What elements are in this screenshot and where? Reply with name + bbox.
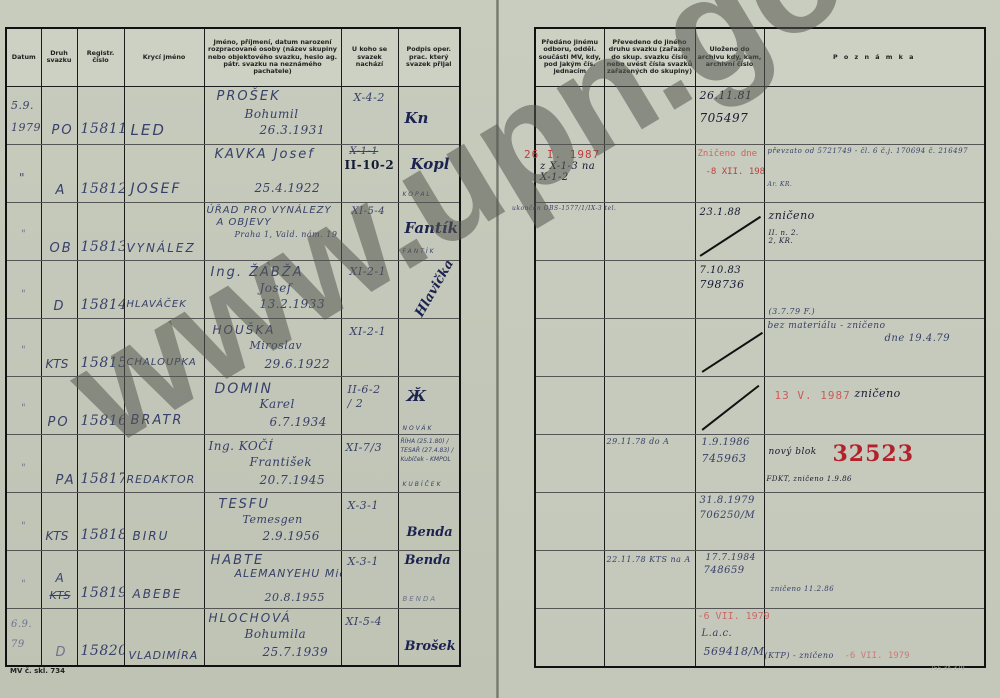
- row-signature: Benda: [405, 553, 451, 568]
- row-druh: D: [54, 299, 66, 314]
- row-given-name: Bohumila: [245, 627, 307, 641]
- row-address: Praha 1, Vald. nám. 19: [235, 230, 338, 239]
- row-reg-cislo: 15811: [81, 121, 125, 137]
- left-register-table: Datum Druh svazku Registr. číslo Krycí j…: [5, 27, 461, 667]
- transfer-date-stamp: 26 I. 1987: [524, 148, 600, 161]
- note-text: zničeno: [769, 209, 815, 222]
- row-reg-cislo: 15818: [81, 527, 125, 543]
- row-signer-name: BENDA: [403, 595, 438, 603]
- row-surname: HABTE: [211, 553, 265, 568]
- row-kryci-jmeno: LED: [131, 121, 166, 139]
- row-given-name: Karel: [260, 397, 295, 411]
- note-text-2: FDKT, zničeno 1.9.86: [767, 475, 853, 483]
- table-row: " OB 15813 VYNÁLEZ ÚŘAD PRO VYNÁLEZY A O…: [6, 202, 460, 260]
- row-surname: PROŠEK: [217, 89, 281, 104]
- archive-number: 798736: [700, 278, 745, 291]
- row-birth-date: 6.7.1934: [270, 415, 327, 429]
- row-birth-date: 26.3.1931: [260, 123, 326, 137]
- row-signature: Fantík: [405, 219, 458, 237]
- row-signature: Hlavička: [412, 260, 457, 318]
- row-signature: Benda: [407, 525, 453, 540]
- row-u-koho-struck: X-1-1: [350, 146, 379, 157]
- row-druh: D: [56, 645, 68, 660]
- row-given-name: ALEMANYEHU Michael: [235, 567, 342, 580]
- row-datum: ": [19, 171, 25, 185]
- archive-date: 31.8.1979: [700, 495, 755, 506]
- note-text-2: Ar. KR.: [768, 181, 793, 188]
- row-datum: ": [21, 579, 26, 590]
- row-kryci-jmeno: BRATR: [131, 413, 184, 428]
- right-register-table: Předáno jinému odboru, odděl. součásti M…: [534, 27, 986, 668]
- archive-number: 705497: [700, 111, 749, 125]
- archive-date: 17.7.1984: [706, 553, 756, 563]
- header-jmeno-osoby: Jméno, příjmení, datum narození rozpraco…: [204, 28, 341, 86]
- row-kryci-jmeno: HLAVÁČEK: [127, 299, 187, 310]
- row-u-koho: X-3-1: [348, 499, 379, 512]
- row-surname: Ing. ŽABŽA: [211, 265, 304, 280]
- table-row: 13 V. 1987 zničeno: [535, 376, 985, 434]
- note-text-2: II. n. 2. 2, KR.: [769, 229, 809, 245]
- row-given-name: Bohumil: [245, 107, 299, 121]
- conversion-note: 22.11.78 KTS na A: [607, 555, 691, 564]
- table-row: 6.9. 79 D 15820 VLADIMÍRA HLOCHOVÁ Bohum…: [6, 608, 460, 666]
- table-row: " D 15814 HLAVÁČEK Ing. ŽABŽA Josef 13.2…: [6, 260, 460, 318]
- archive-date-stamp: -6 VII. 1979: [698, 611, 770, 622]
- archive-number: 745963: [702, 452, 747, 465]
- table-row: 5.9. 1979 PO 15811 LED PROŠEK Bohumil 26…: [6, 86, 460, 144]
- table-row: " A 15812 JOSEF KAVKA Josef 25.4.1922 X-…: [6, 144, 460, 202]
- archive-number: 706250/M: [700, 510, 756, 521]
- row-reg-cislo: 15812: [81, 181, 125, 197]
- note-text: (KTP) - zničeno: [765, 651, 834, 660]
- row-birth-date: 20.7.1945: [260, 473, 326, 487]
- row-datum: ": [21, 289, 26, 300]
- row-signer-name: FANTÍK: [403, 248, 436, 255]
- row-surname: KAVKA Josef: [215, 147, 315, 162]
- row-druh: KTS: [46, 357, 69, 371]
- form-code: MV č. skl. 734: [10, 667, 65, 675]
- row-datum: ": [21, 403, 26, 414]
- header-u-koho: U koho se svazek nachází: [341, 28, 398, 86]
- row-datum: ": [21, 521, 26, 532]
- row-u-koho: XI-2-1: [350, 325, 387, 338]
- table-row: " PO 15816 BRATR DOMIN Karel 6.7.1934 II…: [6, 376, 460, 434]
- strike-slash: [699, 215, 760, 255]
- right-header-row: Předáno jinému odboru, odděl. součásti M…: [535, 28, 985, 86]
- row-birth-date: 25.4.1922: [255, 181, 321, 195]
- row-kryci-jmeno: VYNÁLEZ: [127, 241, 196, 255]
- row-signer-name: KUBÍČEK: [403, 481, 443, 488]
- row-datum: ": [21, 463, 26, 474]
- row-reg-cislo: 15813: [81, 239, 125, 255]
- archive-date: 23.1.88: [700, 207, 742, 218]
- row-surname: HOUŠKA: [213, 323, 276, 337]
- row-given-name: Temesgen: [243, 513, 303, 526]
- row-given-name: A OBJEVY: [217, 217, 272, 228]
- row-kryci-jmeno: REDAKTOR: [127, 473, 196, 486]
- table-row: ukončen OBS-1577/1/IX-3 tel. 23.1.88 zni…: [535, 202, 985, 260]
- row-reg-cislo: 15820: [81, 643, 125, 659]
- row-u-koho: II-6-2 / 2: [348, 383, 388, 411]
- row-birth-date: 25.7.1939: [263, 645, 329, 659]
- table-row: " PA 15817 REDAKTOR Ing. KOČÍ František …: [6, 434, 460, 492]
- transfer-note: ukončen OBS-1577/1/IX-3 tel.: [512, 205, 616, 212]
- transfer-note: z X-1-3 na X-1-2: [540, 161, 602, 183]
- row-u-koho: XI-5-4: [352, 206, 386, 217]
- row-birth-date: 20.8.1955: [265, 591, 325, 604]
- note-text: nový blok: [769, 447, 817, 457]
- header-predano: Předáno jinému odboru, odděl. součásti M…: [535, 28, 604, 86]
- destroyed-date-stamp: 13 V. 1987: [775, 389, 851, 402]
- note-text: zničeno 11.2.86: [771, 585, 835, 593]
- header-registr-cislo: Registr. číslo: [77, 28, 124, 86]
- faint-print-code: 755 3A 379: [930, 665, 965, 672]
- destroyed-stamp: Zničeno dne: [698, 149, 758, 159]
- row-given-name: Miroslav: [250, 339, 303, 352]
- header-poznamka: P o z n á m k a: [764, 28, 985, 86]
- row-druh: PO: [52, 123, 74, 138]
- row-surname: HLOCHOVÁ: [209, 611, 292, 625]
- left-page: Datum Druh svazku Registr. číslo Krycí j…: [0, 0, 497, 698]
- row-signature: Kn: [405, 109, 429, 127]
- row-druh: OB: [50, 241, 73, 256]
- row-birth-date: 29.6.1922: [265, 357, 331, 371]
- row-surname: ÚŘAD PRO VYNÁLEZY: [207, 205, 332, 216]
- row-u-koho: X-4-2: [354, 91, 385, 104]
- conversion-note: 29.11.78 do A: [607, 437, 670, 446]
- destroyed-date-stamp: -6 VII. 1979: [845, 651, 910, 661]
- table-row: 31.8.1979 706250/M: [535, 492, 985, 550]
- destroyed-date-stamp: -8 XII. 1989: [706, 167, 765, 177]
- row-u-koho: X-3-1: [348, 555, 379, 568]
- row-datum: ": [21, 229, 26, 240]
- row-kryci-jmeno: CHALOUPKA: [127, 357, 197, 368]
- archive-number: 569418/M: [704, 645, 765, 658]
- row-datum: 6.9. 79: [11, 615, 37, 655]
- row-u-koho: XI-5-4: [346, 615, 383, 628]
- header-prevedeno: Převedeno do jiného druhu svazku (zařaze…: [604, 28, 695, 86]
- row-druh: KTS: [46, 529, 69, 543]
- row-signer-name: KOPAL: [403, 191, 432, 198]
- row-kryci-jmeno: ABEBE: [133, 587, 183, 601]
- archive-date: 26.11.81: [700, 89, 753, 102]
- note-text: zničeno: [855, 387, 901, 400]
- row-u-koho: XI-2-1: [350, 265, 387, 278]
- archive-number: 748659: [704, 565, 745, 576]
- row-u-koho: II-10-2: [345, 158, 395, 172]
- row-druh: A: [56, 571, 66, 585]
- row-datum: ": [21, 345, 26, 356]
- archive-date: 1.9.1986: [702, 437, 751, 448]
- header-datum: Datum: [6, 28, 41, 86]
- left-header-row: Datum Druh svazku Registr. číslo Krycí j…: [6, 28, 460, 86]
- row-signature: Brošek: [405, 639, 456, 654]
- row-signature: Ӂ: [407, 387, 427, 405]
- row-given-name: František: [250, 455, 313, 469]
- table-row: 7.10.83 798736 (3.7.79 F.): [535, 260, 985, 318]
- table-row: -6 VII. 1979 L.a.c. 569418/M (KTP) - zni…: [535, 608, 985, 667]
- row-birth-date: 13.2.1933: [260, 297, 326, 311]
- archive-place: L.a.c.: [702, 628, 733, 639]
- note-text: (3.7.79 F.): [769, 307, 816, 316]
- row-reg-cislo: 15815: [81, 355, 125, 371]
- row-reg-cislo: 15819: [81, 585, 125, 601]
- row-u-koho: XI-7/3: [346, 441, 383, 454]
- table-row: 22.11.78 KTS na A 17.7.1984 748659 zniče…: [535, 550, 985, 608]
- row-druh: PA: [56, 473, 76, 488]
- row-surname: DOMIN: [215, 381, 273, 397]
- row-surname: TESFU: [219, 497, 270, 512]
- row-surname: Ing. KOČÍ: [209, 439, 274, 453]
- archive-date: 7.10.83: [700, 265, 742, 276]
- note-text-2: dne 19.4.79: [885, 333, 951, 344]
- row-reg-cislo: 15814: [81, 297, 125, 313]
- table-row: 26 I. 1987 z X-1-3 na X-1-2 Zničeno dne …: [535, 144, 985, 202]
- table-row: " A KTS 15819 ABEBE HABTE ALEMANYEHU Mic…: [6, 550, 460, 608]
- row-druh-struck: KTS: [50, 589, 71, 602]
- row-datum: 5.9. 1979: [11, 95, 39, 139]
- table-row: 26.11.81 705497: [535, 86, 985, 144]
- row-druh: A: [56, 183, 67, 198]
- header-kryci-jmeno: Krycí jméno: [124, 28, 204, 86]
- row-kryci-jmeno: JOSEF: [131, 181, 182, 197]
- header-podpis: Podpis oper. prac. který svazek přijal: [398, 28, 460, 86]
- row-given-name: Josef: [260, 281, 292, 295]
- row-birth-date: 2.9.1956: [263, 529, 320, 543]
- header-druh-svazku: Druh svazku: [41, 28, 77, 86]
- row-druh: PO: [48, 415, 70, 430]
- table-row: bez materiálu - zničeno dne 19.4.79: [535, 318, 985, 376]
- table-row: 29.11.78 do A 1.9.1986 745963 nový blok …: [535, 434, 985, 492]
- row-reg-cislo: 15816: [81, 413, 125, 429]
- strike-slash: [701, 384, 759, 430]
- row-kryci-jmeno: VLADIMÍRA: [129, 649, 199, 662]
- table-row: " KTS 15815 CHALOUPKA HOUŠKA Miroslav 29…: [6, 318, 460, 376]
- row-signature: Kopl: [411, 155, 450, 173]
- note-text: převzato od 5721749 - čl. 6 č.j. 170694 …: [768, 147, 983, 155]
- row-kryci-jmeno: BIRU: [133, 529, 170, 543]
- table-row: " KTS 15818 BIRU TESFU Temesgen 2.9.1956…: [6, 492, 460, 550]
- new-block-number-stamp: 32523: [833, 441, 915, 467]
- row-signature-notes: ŘÍHA (25.1.80) / TESAŘ (27.4.83) / Kubíč…: [401, 437, 461, 464]
- header-ulozeno: Uloženo do archivu kdy, kam, archivní čí…: [695, 28, 764, 86]
- row-reg-cislo: 15817: [81, 471, 125, 487]
- strike-slash: [701, 331, 762, 371]
- note-text: bez materiálu - zničeno: [768, 321, 886, 331]
- row-signer-name: NOVÁK: [403, 425, 434, 432]
